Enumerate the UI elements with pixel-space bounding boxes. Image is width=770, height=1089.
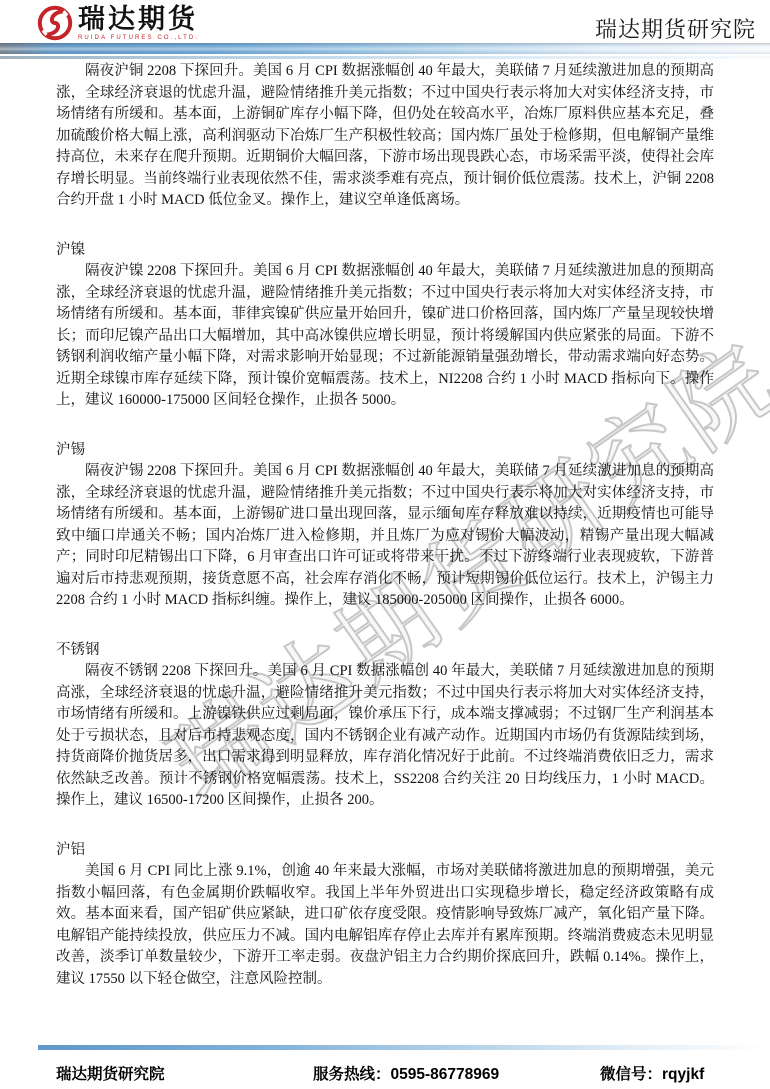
footer-wechat-id: rqyjkf	[662, 1066, 704, 1083]
logo-text-block: 瑞达期货 RUIDA FUTURES CO.,LTD.	[78, 4, 199, 41]
section-tin-paragraph: 隔夜沪锡 2208 下探回升。美国 6 月 CPI 数据涨幅创 40 年最大，美…	[56, 461, 714, 612]
page-footer: 瑞达期货研究院 服务热线：0595-86778969 微信号：rqyjkf	[0, 1045, 770, 1084]
footer-hotline-label: 服务热线：	[313, 1066, 391, 1083]
footer-row: 瑞达期货研究院 服务热线：0595-86778969 微信号：rqyjkf	[0, 1050, 770, 1084]
section-nickel: 沪镍 隔夜沪镍 2208 下探回升。美国 6 月 CPI 数据涨幅创 40 年最…	[56, 240, 714, 412]
section-tin: 沪锡 隔夜沪锡 2208 下探回升。美国 6 月 CPI 数据涨幅创 40 年最…	[56, 440, 714, 612]
section-stainless-steel: 不锈钢 隔夜不锈钢 2208 下探回升。美国 6 月 CPI 数据涨幅创 40 …	[56, 640, 714, 812]
section-aluminum: 沪铝 美国 6 月 CPI 同比上涨 9.1%，创逾 40 年来最大涨幅，市场对…	[56, 840, 714, 991]
logo-name: 瑞达期货	[78, 4, 199, 34]
header-divider-line	[0, 56, 770, 59]
section-stainless-steel-paragraph: 隔夜不锈钢 2208 下探回升。美国 6 月 CPI 数据涨幅创 40 年最大，…	[56, 661, 714, 812]
footer-wechat-label: 微信号：	[600, 1066, 662, 1083]
report-body: 隔夜沪铜 2208 下探回升。美国 6 月 CPI 数据涨幅创 40 年最大，美…	[56, 61, 714, 990]
header-institute-title: 瑞达期货研究院	[595, 13, 756, 44]
section-copper-paragraph: 隔夜沪铜 2208 下探回升。美国 6 月 CPI 数据涨幅创 40 年最大，美…	[56, 61, 714, 212]
ruida-swirl-icon	[36, 4, 74, 42]
logo-subtitle: RUIDA FUTURES CO.,LTD.	[78, 35, 199, 41]
section-copper: 隔夜沪铜 2208 下探回升。美国 6 月 CPI 数据涨幅创 40 年最大，美…	[56, 61, 714, 212]
footer-wechat: 微信号：rqyjkf	[600, 1062, 704, 1084]
footer-hotline-number: 0595-86778969	[391, 1066, 500, 1083]
header-divider-bar	[0, 43, 770, 54]
page-header: 瑞达期货 RUIDA FUTURES CO.,LTD. 瑞达期货研究院	[0, 0, 770, 43]
footer-org: 瑞达期货研究院	[56, 1062, 165, 1084]
company-logo: 瑞达期货 RUIDA FUTURES CO.,LTD.	[36, 4, 199, 42]
section-aluminum-title: 沪铝	[56, 840, 714, 862]
section-nickel-title: 沪镍	[56, 240, 714, 262]
section-aluminum-paragraph: 美国 6 月 CPI 同比上涨 9.1%，创逾 40 年来最大涨幅，市场对美联储…	[56, 861, 714, 990]
section-tin-title: 沪锡	[56, 440, 714, 462]
report-page: 瑞达期货 RUIDA FUTURES CO.,LTD. 瑞达期货研究院 瑞达期货…	[0, 0, 770, 1089]
section-nickel-paragraph: 隔夜沪镍 2208 下探回升。美国 6 月 CPI 数据涨幅创 40 年最大，美…	[56, 261, 714, 412]
footer-hotline: 服务热线：0595-86778969	[313, 1062, 499, 1084]
section-stainless-steel-title: 不锈钢	[56, 640, 714, 662]
